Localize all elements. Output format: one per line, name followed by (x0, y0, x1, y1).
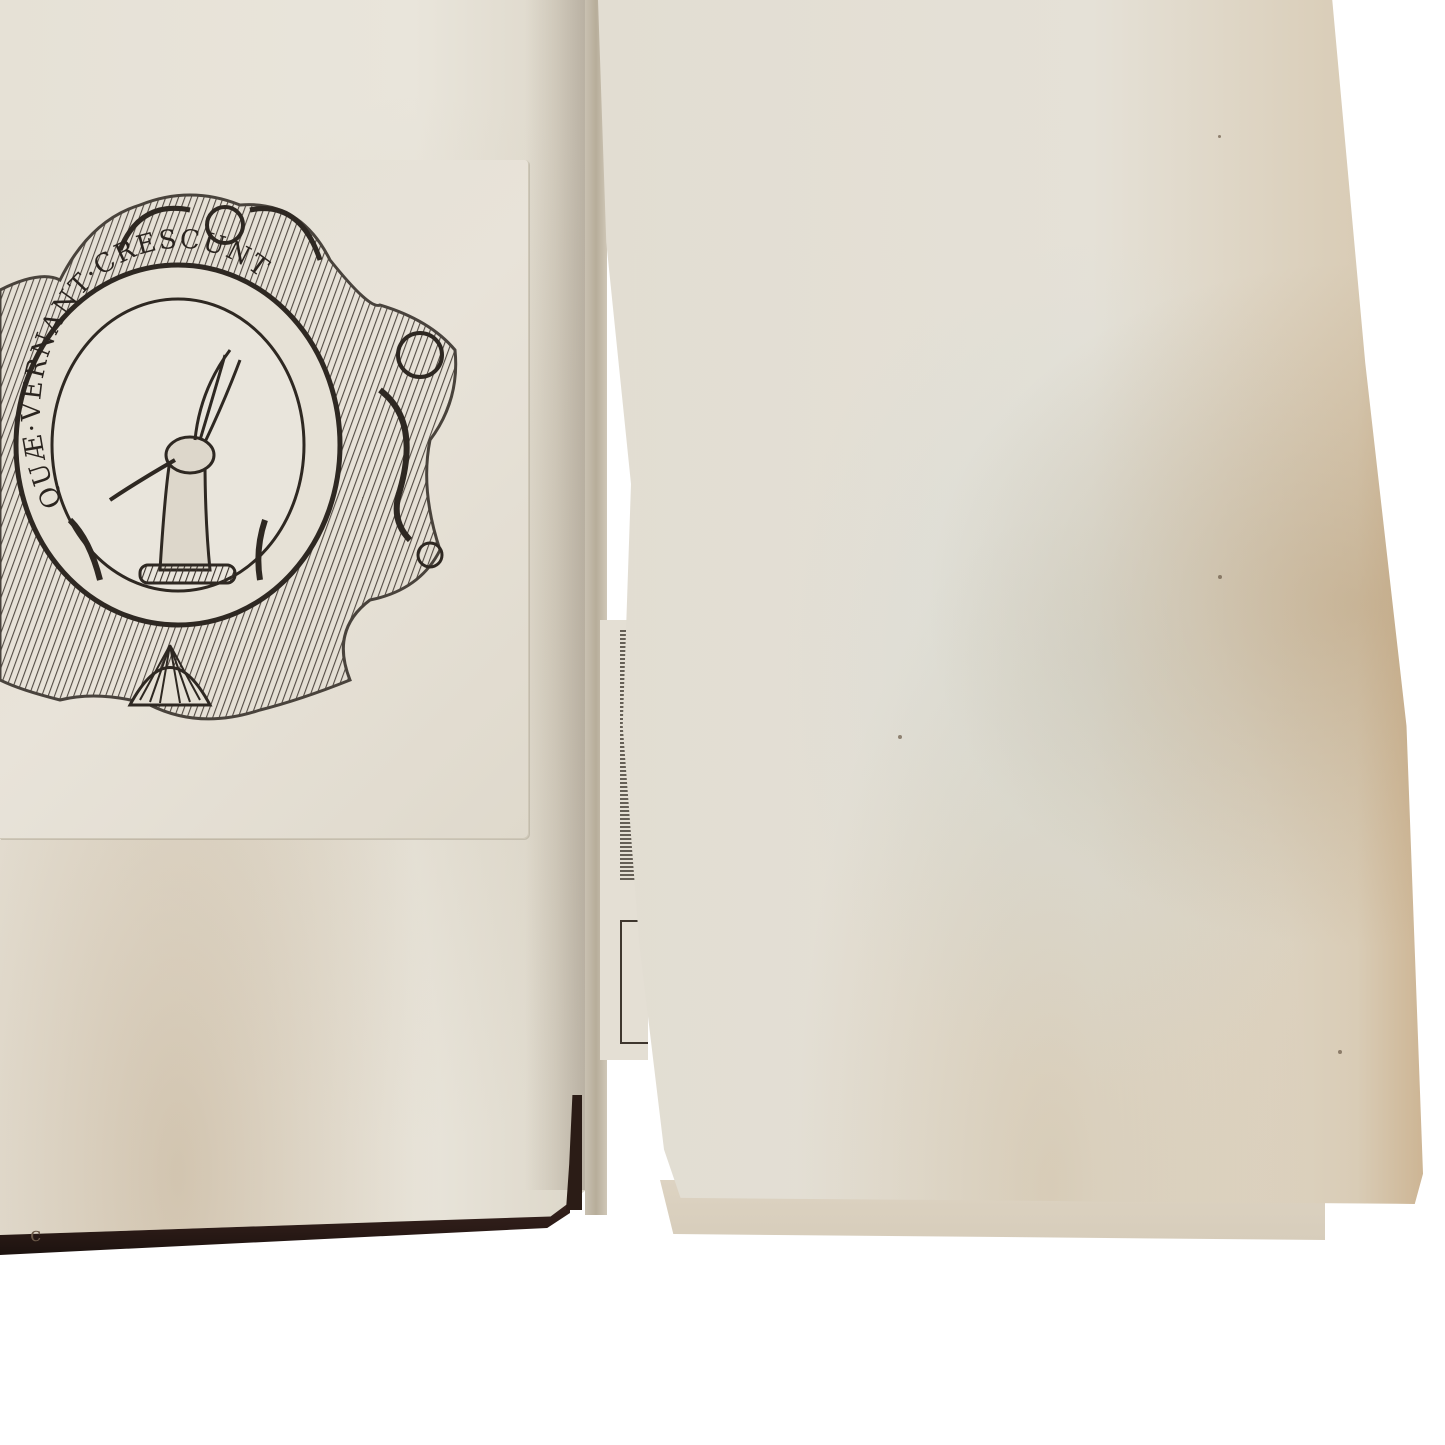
free-endpaper (598, 0, 1423, 1210)
marginal-mark: c (30, 1222, 41, 1246)
bookplate: QUÆ·VERNANT·CRESCUNT (0, 160, 529, 839)
foxing-speck (898, 735, 902, 739)
foxing-speck (1218, 575, 1222, 579)
foxing-speck (1338, 1050, 1342, 1054)
bookplate-engraving-icon: QUÆ·VERNANT·CRESCUNT (0, 160, 528, 838)
foxing-speck (1218, 135, 1221, 138)
photo-scene: c QUÆ·VERNANT·CRESC (0, 0, 1445, 1445)
pastedown-fold-shadow (525, 0, 587, 1190)
